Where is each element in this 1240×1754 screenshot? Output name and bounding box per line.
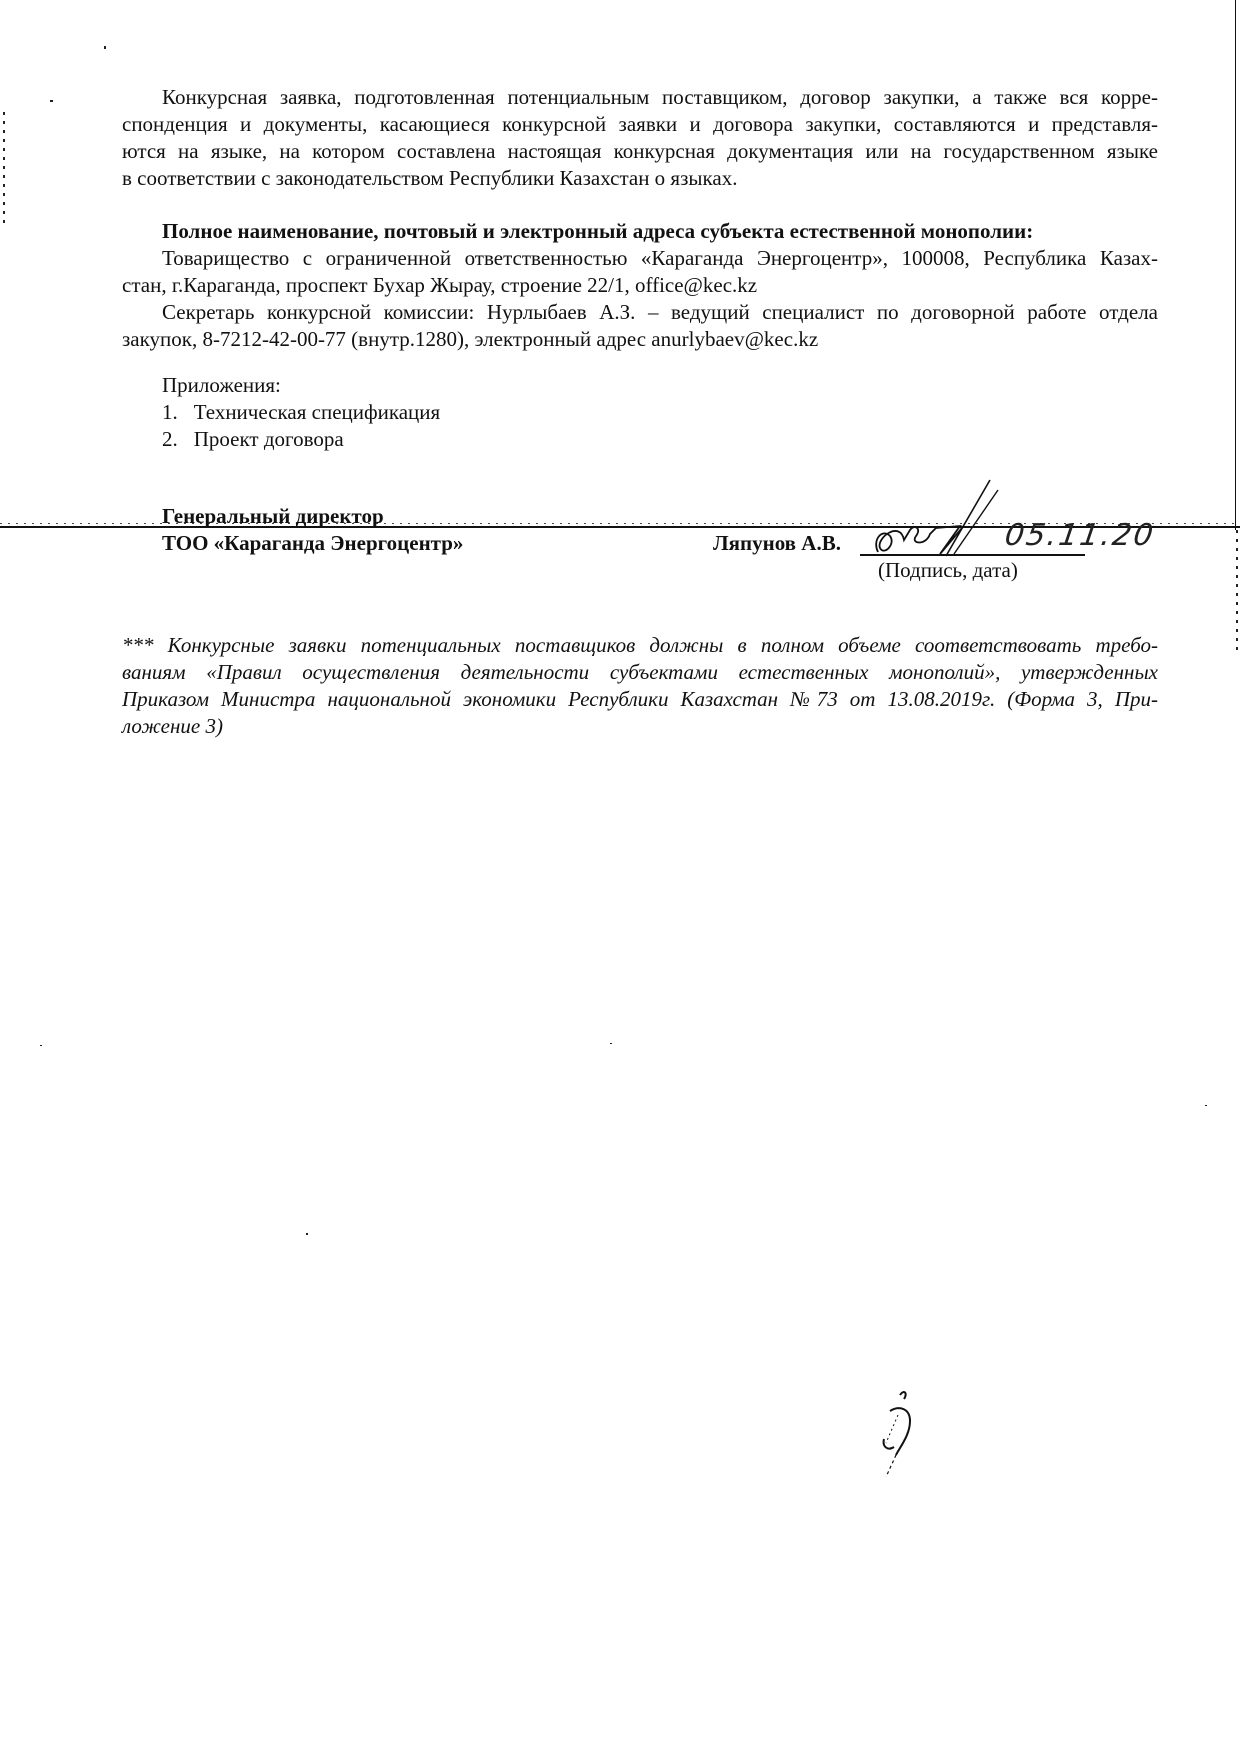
signer-name: Ляпунов А.В. (713, 530, 841, 557)
right-margin-dots (1236, 530, 1238, 650)
text-line: в соответствии с законодательством Респу… (122, 165, 737, 192)
signatory-company: ТОО «Караганда Энергоцентр» (162, 530, 463, 557)
scan-speck (306, 1233, 308, 1235)
appendix-label: Проект договора (194, 427, 344, 451)
signatory-position: Генеральный директор (162, 503, 384, 530)
handwritten-date: 05.11.20 (1002, 518, 1157, 554)
left-margin-dots (3, 112, 5, 224)
appendix-number: 1. (162, 400, 178, 424)
footnote-line: ложение 3) (122, 713, 223, 740)
appendix-label: Техническая спецификация (194, 400, 440, 424)
scan-speck (1205, 1105, 1207, 1106)
handwritten-page-mark (870, 1385, 930, 1485)
text-line: ются на языке, на котором составлена нас… (122, 138, 1158, 165)
scan-speck (40, 1045, 42, 1046)
text-line: Секретарь конкурсной комиссии: Нурлыбаев… (162, 299, 1158, 326)
footnote-line: ваниям «Правил осуществления деятельност… (122, 659, 1158, 686)
appendices-title: Приложения: (162, 372, 281, 399)
appendix-item: 2.Проект договора (162, 426, 344, 453)
right-edge-rule (1235, 0, 1236, 530)
footnote-line: *** Конкурсные заявки потенциальных пост… (122, 632, 1158, 659)
appendix-number: 2. (162, 427, 178, 451)
signature-caption: (Подпись, дата) (878, 557, 1018, 584)
text-line: Конкурсная заявка, подготовленная потенц… (162, 84, 1158, 111)
text-line: стан, г.Караганда, проспект Бухар Жырау,… (122, 272, 757, 299)
text-line: спонденция и документы, касающиеся конку… (122, 111, 1158, 138)
footnote-line: Приказом Министра национальной экономики… (122, 686, 1158, 713)
scan-speck (104, 46, 106, 49)
scan-speck (50, 100, 53, 102)
scan-speck (610, 1043, 612, 1044)
text-line: Товарищество с ограниченной ответственно… (162, 245, 1158, 272)
handwritten-signature (870, 470, 1010, 560)
appendix-item: 1.Техническая спецификация (162, 399, 440, 426)
text-line: закупок, 8-7212-42-00-77 (внутр.1280), э… (122, 326, 818, 353)
monopoly-heading: Полное наименование, почтовый и электрон… (162, 218, 1033, 245)
